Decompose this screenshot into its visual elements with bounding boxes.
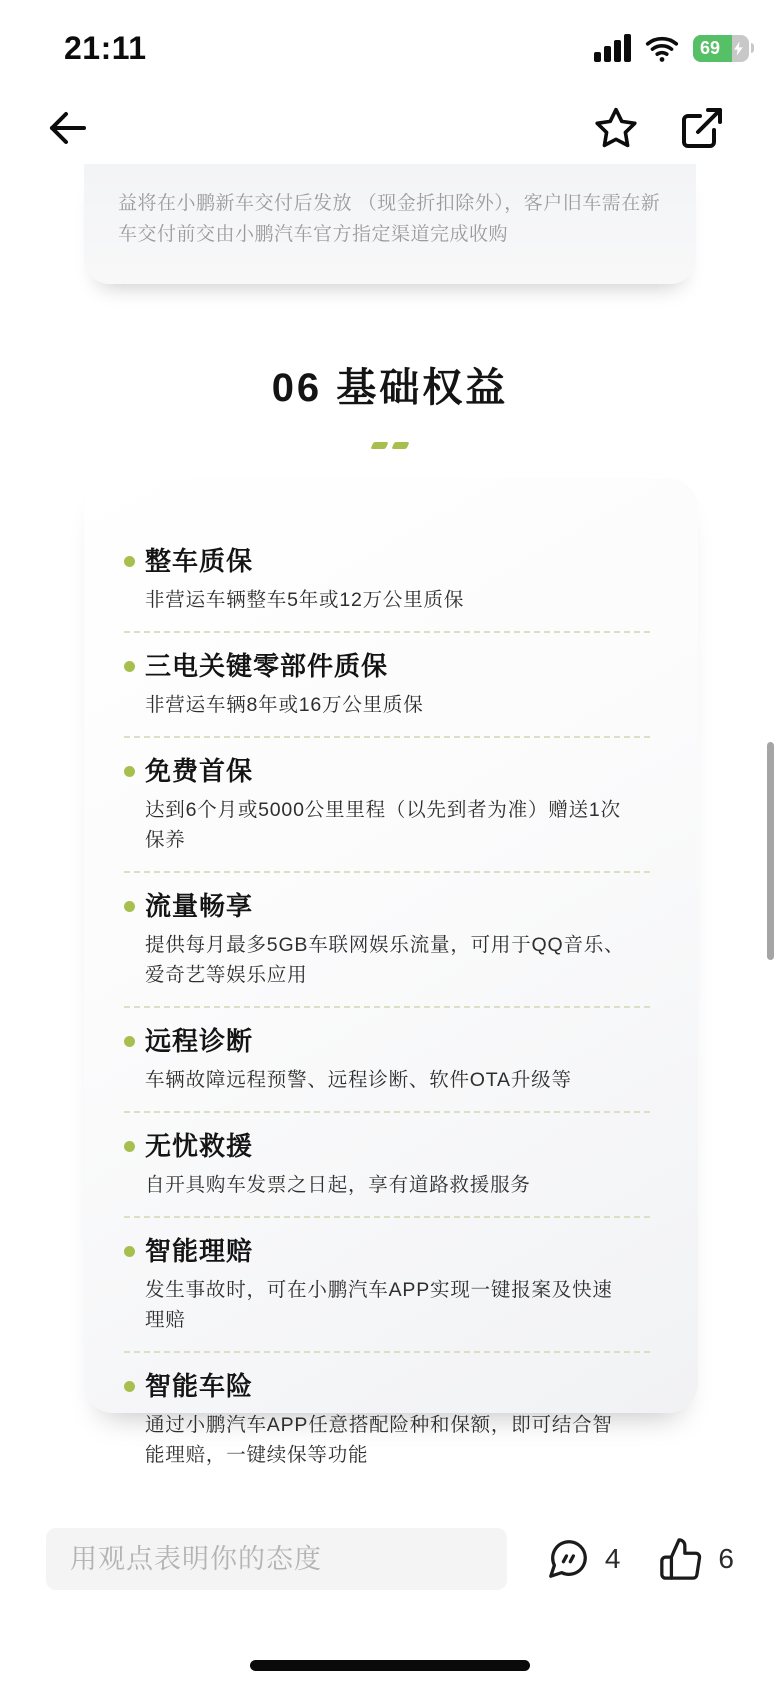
benefit-title: 智能理赔 xyxy=(145,1234,253,1268)
comment-footer: 4 6 xyxy=(0,1524,780,1594)
benefit-item: 无忧救援 自开具购车发票之日起，享有道路救援服务 xyxy=(124,1111,650,1216)
status-bar: 21:11 69 xyxy=(0,0,780,86)
bullet-dot-icon xyxy=(124,1141,135,1152)
battery-icon: 69 xyxy=(693,35,754,62)
benefit-description: 车辆故障远程预警、远程诊断、软件OTA升级等 xyxy=(145,1065,627,1095)
bullet-dot-icon xyxy=(124,901,135,912)
previous-benefit-card: 益将在小鹏新车交付后发放 （现金折扣除外），客户旧车需在新车交付前交由小鹏汽车官… xyxy=(84,164,696,284)
title-underline-deco xyxy=(0,442,780,449)
benefit-title: 三电关键零部件质保 xyxy=(145,649,388,683)
cellular-signal-icon xyxy=(594,34,631,62)
benefit-title: 流量畅享 xyxy=(145,889,253,923)
comment-input[interactable] xyxy=(46,1528,507,1590)
benefit-description: 自开具购车发票之日起，享有道路救援服务 xyxy=(145,1170,627,1200)
bullet-dot-icon xyxy=(124,556,135,567)
benefit-description: 达到6个月或5000公里里程（以先到者为准）赠送1次保养 xyxy=(145,795,627,855)
benefits-card: 整车质保 非营运车辆整车5年或12万公里质保 三电关键零部件质保 非营运车辆8年… xyxy=(84,478,698,1413)
section-title: 06 基础权益 xyxy=(0,356,780,413)
like-button[interactable]: 6 xyxy=(658,1536,734,1582)
charging-bolt-icon xyxy=(733,41,744,56)
benefit-description: 非营运车辆8年或16万公里质保 xyxy=(145,690,627,720)
battery-percent: 69 xyxy=(700,35,720,62)
comments-button[interactable]: 4 xyxy=(545,1536,621,1582)
benefit-item: 流量畅享 提供每月最多5GB车联网娱乐流量，可用于QQ音乐、爱奇艺等娱乐应用 xyxy=(124,871,650,1006)
bullet-dot-icon xyxy=(124,661,135,672)
benefit-item: 智能理赔 发生事故时，可在小鹏汽车APP实现一键报案及快速理赔 xyxy=(124,1216,650,1351)
benefit-item: 智能车险 通过小鹏汽车APP任意搭配险种和保额，即可结合智能理赔，一键续保等功能 xyxy=(124,1351,650,1486)
benefit-item: 整车质保 非营运车辆整车5年或12万公里质保 xyxy=(124,528,650,631)
benefit-item: 远程诊断 车辆故障远程预警、远程诊断、软件OTA升级等 xyxy=(124,1006,650,1111)
scrollbar-thumb[interactable] xyxy=(767,742,774,960)
benefit-title: 免费首保 xyxy=(145,754,253,788)
back-button[interactable] xyxy=(44,104,92,152)
bullet-dot-icon xyxy=(124,766,135,777)
benefit-description: 非营运车辆整车5年或12万公里质保 xyxy=(145,585,627,615)
home-indicator[interactable] xyxy=(250,1660,530,1671)
nav-bar xyxy=(0,96,780,164)
notice-text: 益将在小鹏新车交付后发放 （现金折扣除外），客户旧车需在新车交付前交由小鹏汽车官… xyxy=(118,188,662,250)
like-count: 6 xyxy=(718,1543,734,1575)
benefit-title: 智能车险 xyxy=(145,1369,253,1403)
benefit-item: 三电关键零部件质保 非营运车辆8年或16万公里质保 xyxy=(124,631,650,736)
bullet-dot-icon xyxy=(124,1246,135,1257)
thumbs-up-icon xyxy=(658,1536,704,1582)
benefit-title: 无忧救援 xyxy=(145,1129,253,1163)
bullet-dot-icon xyxy=(124,1381,135,1392)
benefit-description: 提供每月最多5GB车联网娱乐流量，可用于QQ音乐、爱奇艺等娱乐应用 xyxy=(145,930,627,990)
bullet-dot-icon xyxy=(124,1036,135,1047)
favorite-star-button[interactable] xyxy=(592,104,640,152)
comment-count: 4 xyxy=(605,1543,621,1575)
app-screen: 21:11 69 xyxy=(0,0,780,1688)
benefit-description: 通过小鹏汽车APP任意搭配险种和保额，即可结合智能理赔，一键续保等功能 xyxy=(145,1410,627,1470)
benefit-title: 整车质保 xyxy=(145,544,253,578)
share-button[interactable] xyxy=(678,104,726,152)
benefit-description: 发生事故时，可在小鹏汽车APP实现一键报案及快速理赔 xyxy=(145,1275,627,1335)
benefit-title: 远程诊断 xyxy=(145,1024,253,1058)
benefit-item: 免费首保 达到6个月或5000公里里程（以先到者为准）赠送1次保养 xyxy=(124,736,650,871)
comment-bubble-icon xyxy=(545,1536,591,1582)
wifi-icon xyxy=(645,34,679,62)
clock: 21:11 xyxy=(64,30,147,67)
